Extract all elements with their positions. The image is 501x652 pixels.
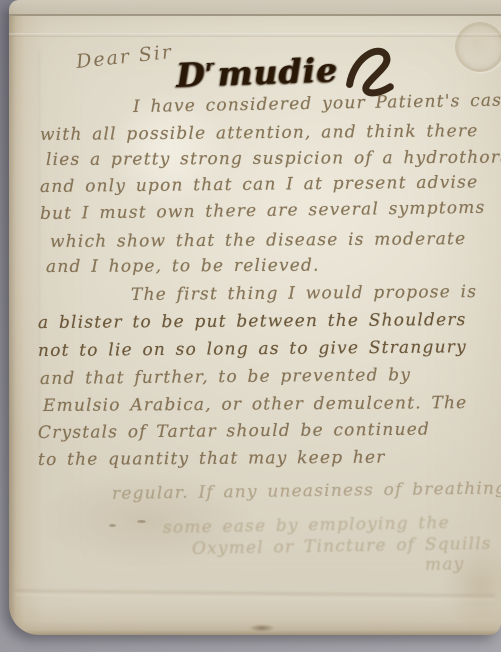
letter-text: Dear Sir Dr mudie I have considered your… <box>0 0 501 652</box>
docket-name: mudie <box>217 53 339 90</box>
salutation: Dear Sir <box>75 43 174 72</box>
letter-line: The first thing I would propose is <box>131 284 477 304</box>
letter-line: Crystals of Tartar should be continued <box>38 422 430 442</box>
letter-line: and that further, to be prevented by <box>40 367 411 388</box>
letter-line: may <box>425 556 465 574</box>
letter-line: but I must own there are several symptom… <box>40 200 486 223</box>
letter-line: lies a pretty strong suspicion of a hydr… <box>46 150 501 169</box>
letter-line: and I hope, to be relieved. <box>46 258 320 276</box>
letter-line: and only upon that can I at present advi… <box>40 174 479 196</box>
docket-superscript: r <box>205 58 214 73</box>
letter-line: I have considered your Patient's case <box>133 92 501 116</box>
letter-line: to the quantity that may keep her <box>38 450 386 469</box>
scanned-letter-photo: Dear Sir Dr mudie I have considered your… <box>0 0 501 652</box>
letter-line: which show that the disease is moderate <box>50 231 466 251</box>
docket-prefix: D <box>175 57 206 91</box>
letter-line: regular. If any uneasiness of breathing <box>112 480 501 503</box>
letter-line: with all possible attention, and think t… <box>40 123 479 144</box>
letter-line: some ease by employing the <box>163 515 450 537</box>
letter-line: Emulsio Arabica, or other demulcent. The <box>43 395 467 415</box>
letter-line: a blister to be put between the Shoulder… <box>38 312 467 332</box>
letter-line: not to lie on so long as to give Strangu… <box>38 339 467 360</box>
